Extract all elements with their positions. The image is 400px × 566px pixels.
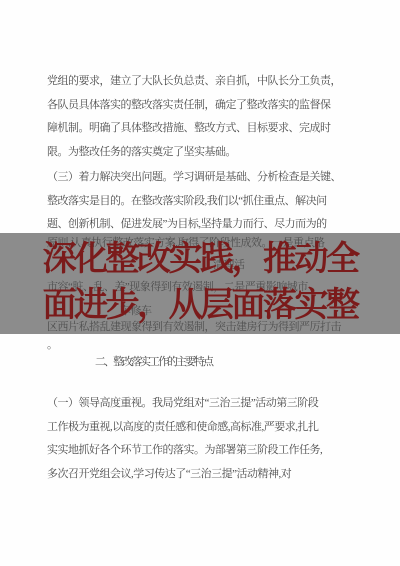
caption-title-line-2: 面进步，从层面落实整 [0,282,400,328]
paragraph-2-line-2: 整改落实是目的。在整改落实阶段,我们以“抓住重点、解决问 [47,190,365,214]
caption-title: 深化整改实践，推动全 面进步，从层面落实整 [0,236,400,328]
closing-period: 。 [47,336,58,352]
section-heading: 二、整改落实工作的主要特点 [95,353,212,369]
paragraph-1-line-2: 各队员具体落实的整改落实责任制，确定了整改落实的监督保 [47,94,365,118]
paragraph-3-line-2: 工作极为重视,以高度的责任感和使命感,高标准,严要求,扎扎 [47,416,365,440]
paragraph-1-line-3: 障机制。明确了具体整改措施、整改方式、目标要求、完成时 [47,117,365,141]
paragraph-3-line-1: （一）领导高度重视。我局党组对“三治三提”活动第三阶段 [47,392,365,416]
paragraph-2-line-1: （三）着力解决突出问题。学习调研是基础、分析检查是关键、 [47,166,365,190]
paragraph-1-line-4: 限。为整改任务的落实奠定了坚实基础。 [47,141,365,165]
paragraph-1-line-1: 党组的要求，建立了大队长负总责、亲自抓，中队长分工负责， [47,70,365,94]
paragraph-1: 党组的要求，建立了大队长负总责、亲自抓，中队长分工负责， 各队员具体落实的整改落… [47,70,365,164]
caption-overlay-band: 原则,认真执行整改落实方案,取得了阶段性成效。一是重点路 清理活 市容“脏、乱、… [0,233,400,334]
caption-title-line-1: 深化整改实践，推动全 [0,236,400,282]
paragraph-3-line-3: 实实地抓好各个环节工作的落实。为部署第三阶段工作任务, [47,439,365,463]
paragraph-2: （三）着力解决突出问题。学习调研是基础、分析检查是关键、 整改落实是目的。在整改… [47,166,365,237]
scanned-document-page: 党组的要求，建立了大队长负总责、亲自抓，中队长分工负责， 各队员具体落实的整改落… [0,0,400,566]
paragraph-3-line-4: 多次召开党组会议,学习传达了“三治三提”活动精神,对 [47,463,365,487]
paragraph-3: （一）领导高度重视。我局党组对“三治三提”活动第三阶段 工作极为重视,以高度的责… [47,392,365,486]
